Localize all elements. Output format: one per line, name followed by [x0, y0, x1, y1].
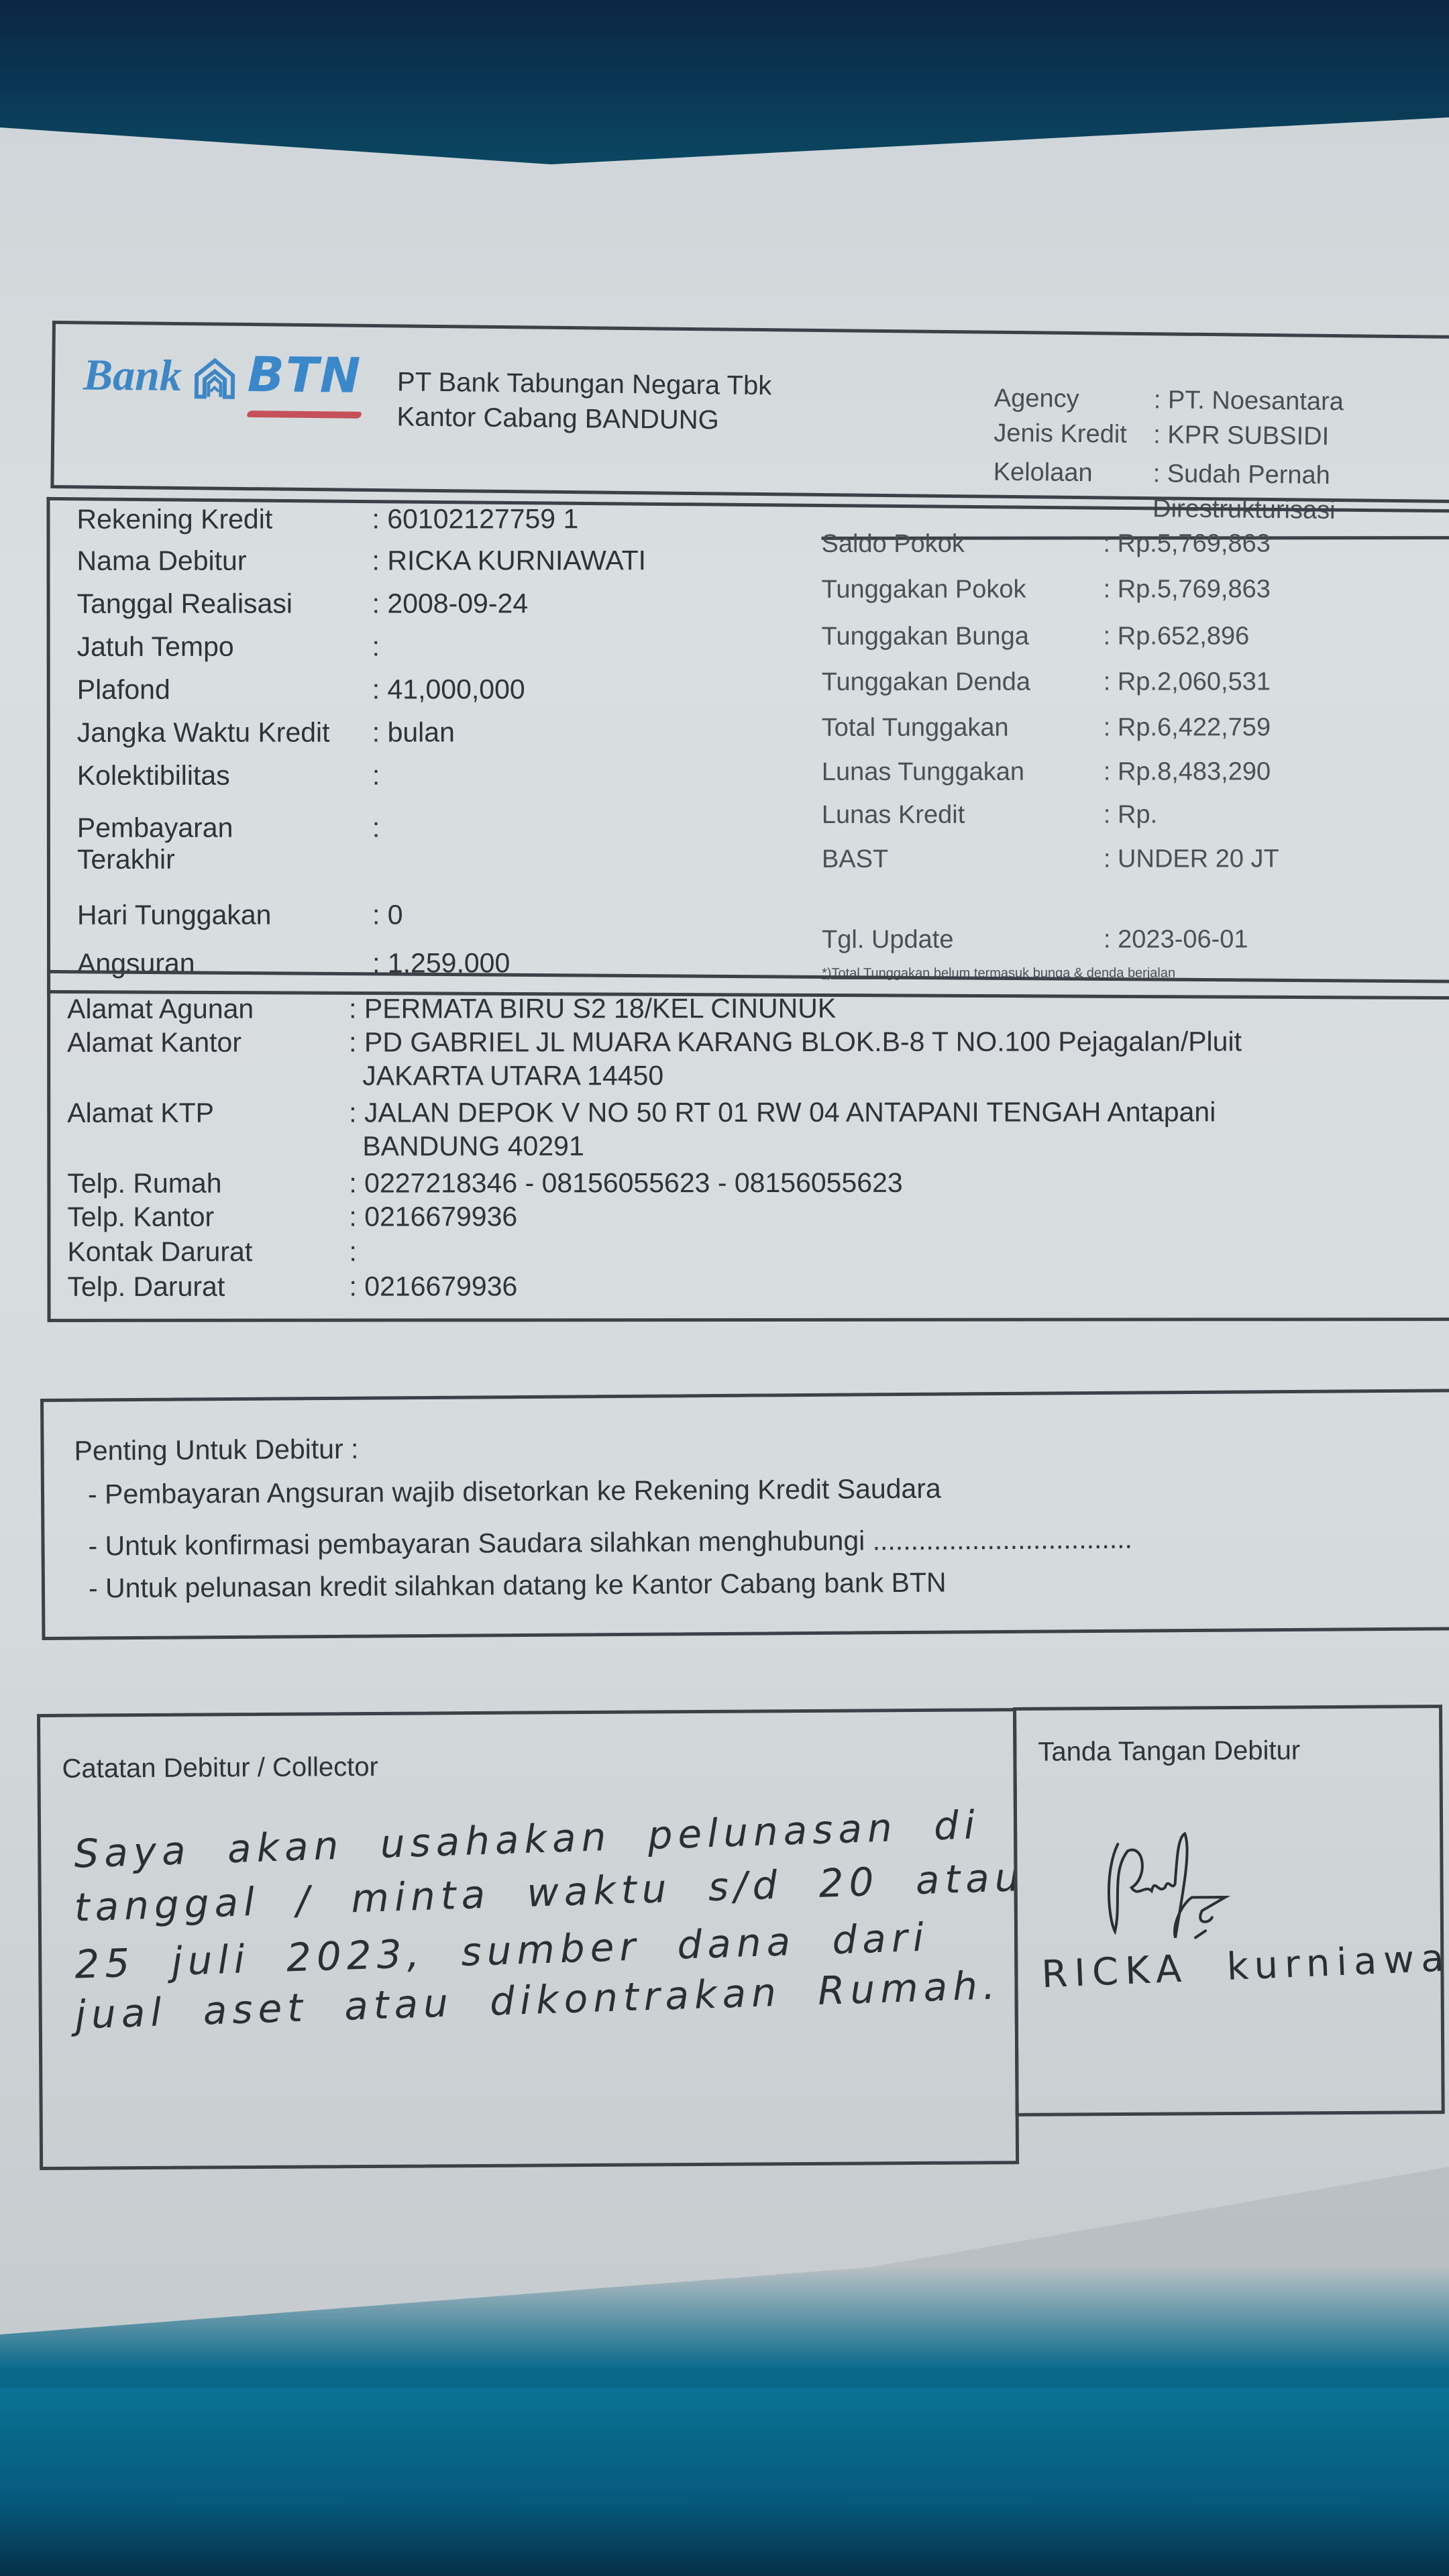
field-tunggakan-denda: Tunggakan Denda: Rp.2,060,531 [822, 667, 1271, 697]
field-jatuh-tempo: Jatuh Tempo: [77, 631, 380, 662]
meta-agency: Agency : PT. Noesantara [994, 381, 1383, 420]
signature-box: Tanda Tangan Debitur RICKA kurniawati [1013, 1705, 1445, 2116]
field-alamat-agunan: Alamat Agunan: PERMATA BIRU S2 18/KEL CI… [67, 993, 836, 1025]
bank-logo: Bank BTN [83, 344, 362, 403]
field-tunggakan-bunga: Tunggakan Bunga: Rp.652,896 [822, 622, 1250, 651]
field-telp-rumah: Telp. Rumah: 0227218346 - 08156055623 - … [67, 1167, 902, 1199]
logo-brand: BTN [247, 346, 362, 404]
field-plafond: Plafond: 41,000,000 [77, 674, 525, 706]
meta-jenis-kredit: Jenis Kredit : KPR SUBSIDI [994, 416, 1382, 455]
branch-name: Kantor Cabang BANDUNG [396, 399, 771, 438]
field-jangka-waktu: Jangka Waktu Kredit: bulan [77, 716, 455, 748]
background-bottom [0, 2388, 1449, 2576]
field-alamat-kantor-line2: JAKARTA UTARA 14450 [362, 1060, 663, 1091]
notes-label: Catatan Debitur / Collector [62, 1752, 378, 1784]
field-telp-kantor: Telp. Kantor: 0216679936 [67, 1201, 517, 1233]
loan-info-box: Rekening Kredit: 60102127759 1 Nama Debi… [46, 496, 1449, 1322]
field-rekening-kredit: Rekening Kredit: 60102127759 1 [76, 503, 578, 535]
field-total-tunggakan: Total Tunggakan: Rp.6,422,759 [822, 713, 1271, 743]
field-pembayaran-terakhir: Pembayaran Terakhir: [77, 812, 380, 875]
debtor-notes-box: Catatan Debitur / Collector Saya akan us… [37, 1708, 1019, 2170]
notice-item: - Untuk pelunasan kredit silahkan datang… [89, 1567, 947, 1605]
logo-bank-word: Bank [83, 350, 182, 402]
company-block: PT Bank Tabungan Negara Tbk Kantor Caban… [396, 364, 771, 438]
field-tunggakan-pokok: Tunggakan Pokok: Rp.5,769,863 [822, 575, 1271, 604]
field-alamat-ktp-line2: BANDUNG 40291 [362, 1130, 584, 1162]
notice-item: - Pembayaran Angsuran wajib disetorkan k… [88, 1473, 941, 1511]
notice-item: - Untuk konfirmasi pembayaran Saudara si… [88, 1523, 1132, 1562]
field-alamat-ktp: Alamat KTP: JALAN DEPOK V NO 50 RT 01 RW… [67, 1096, 1216, 1128]
field-tanggal-realisasi: Tanggal Realisasi: 2008-09-24 [77, 588, 529, 620]
field-tgl-update: Tgl. Update: 2023-06-01 [822, 925, 1248, 955]
important-notice-box: Penting Untuk Debitur : - Pembayaran Ang… [40, 1389, 1449, 1640]
field-kontak-darurat: Kontak Darurat: [67, 1236, 356, 1268]
notice-title: Penting Untuk Debitur : [74, 1434, 358, 1467]
company-name: PT Bank Tabungan Negara Tbk [397, 364, 772, 403]
field-telp-darurat: Telp. Darurat: 0216679936 [67, 1271, 517, 1303]
field-saldo-pokok: Saldo Pokok: Rp.5,769,863 [822, 529, 1271, 559]
field-kolektibilitas: Kolektibilitas: [77, 759, 380, 791]
field-bast: BAST: UNDER 20 JT [822, 845, 1279, 874]
field-hari-tunggakan: Hari Tunggakan: 0 [77, 899, 403, 930]
signature-label: Tanda Tangan Debitur [1038, 1735, 1300, 1767]
field-lunas-kredit: Lunas Kredit: Rp. [822, 800, 1157, 829]
field-nama-debitur: Nama Debitur: RICKA KURNIAWATI [77, 545, 647, 577]
field-alamat-kantor: Alamat Kantor: PD GABRIEL JL MUARA KARAN… [67, 1026, 1242, 1059]
header-box: Bank BTN PT Bank Tabungan Negara Tbk Kan… [50, 321, 1449, 503]
house-icon [191, 355, 238, 402]
signature-scribble-icon [1097, 1830, 1273, 1945]
field-lunas-tunggakan: Lunas Tunggakan: Rp.8,483,290 [822, 757, 1271, 787]
